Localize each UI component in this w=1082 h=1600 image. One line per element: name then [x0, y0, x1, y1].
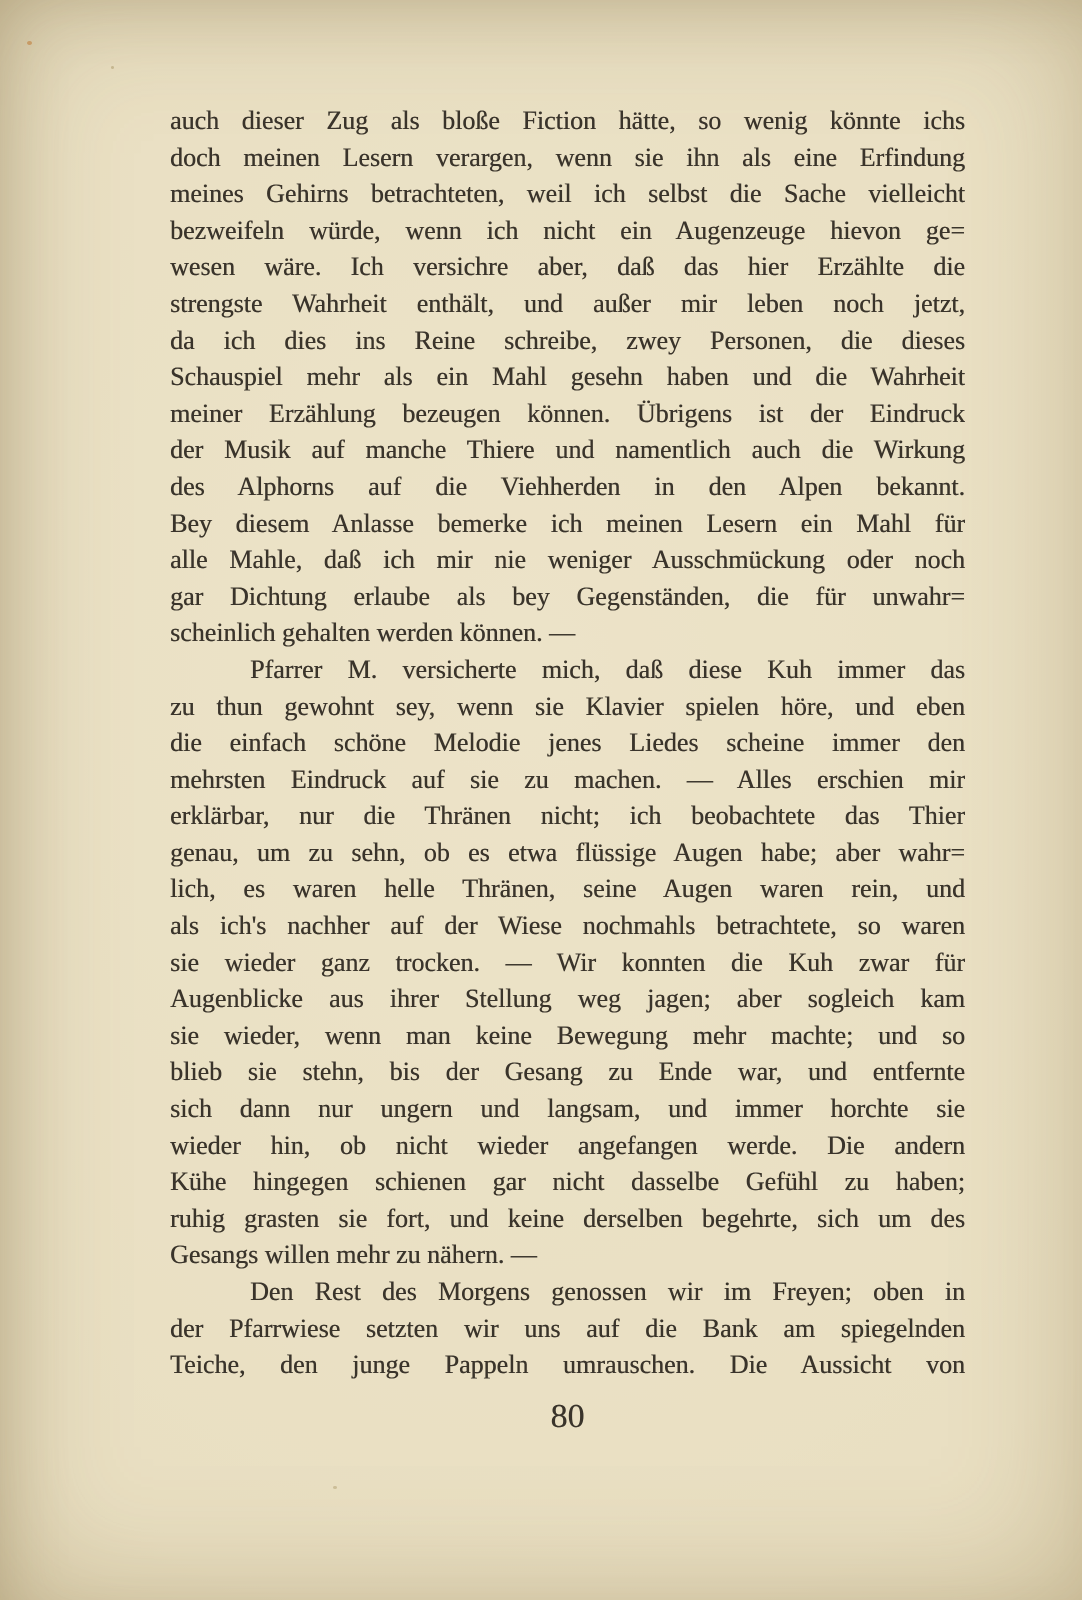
text-line: ruhig grasten sie fort, und keine dersel…: [170, 1201, 965, 1238]
text-line: strengste Wahrheit enthält, und außer mi…: [170, 286, 965, 323]
text-line: als ich's nachher auf der Wiese nochmahl…: [170, 908, 965, 945]
text-line: der Pfarrwiese setzten wir uns auf die B…: [170, 1311, 965, 1348]
text-block: auch dieser Zug als bloße Fiction hätte,…: [170, 103, 965, 1384]
book-page: auch dieser Zug als bloße Fiction hätte,…: [0, 0, 1082, 1600]
text-line: lich, es waren helle Thränen, seine Auge…: [170, 871, 965, 908]
text-line: der Musik auf manche Thiere und namentli…: [170, 432, 965, 469]
text-line: alle Mahle, daß ich mir nie weniger Auss…: [170, 542, 965, 579]
paper-speck: [111, 66, 114, 69]
text-line: doch meinen Lesern verargen, wenn sie ih…: [170, 140, 965, 177]
text-line: bezweifeln würde, wenn ich nicht ein Aug…: [170, 213, 965, 250]
text-line: sie wieder, wenn man keine Bewegung mehr…: [170, 1018, 965, 1055]
text-line: erklärbar, nur die Thränen nicht; ich be…: [170, 798, 965, 835]
text-line: mehrsten Eindruck auf sie zu machen. — A…: [170, 762, 965, 799]
text-line: gar Dichtung erlaube als bey Gegenstände…: [170, 579, 965, 616]
text-line: da ich dies ins Reine schreibe, zwey Per…: [170, 323, 965, 360]
text-line: sie wieder ganz trocken. — Wir konnten d…: [170, 945, 965, 982]
text-line: meines Gehirns betrachteten, weil ich se…: [170, 176, 965, 213]
text-line: genau, um zu sehn, ob es etwa flüssige A…: [170, 835, 965, 872]
paper-speck: [27, 41, 32, 45]
text-line: Bey diesem Anlasse bemerke ich meinen Le…: [170, 506, 965, 543]
text-line: Gesangs willen mehr zu nähern. —: [170, 1237, 965, 1274]
text-line-paragraph-start: Den Rest des Morgens genossen wir im Fre…: [170, 1274, 965, 1311]
text-line: Kühe hingegen schienen gar nicht dasselb…: [170, 1164, 965, 1201]
paper-speck: [333, 1486, 337, 1489]
text-line: wesen wäre. Ich versichre aber, daß das …: [170, 249, 965, 286]
text-line: Augenblicke aus ihrer Stellung weg jagen…: [170, 981, 965, 1018]
page-number: 80: [170, 1398, 965, 1436]
text-line: meiner Erzählung bezeugen können. Übrige…: [170, 396, 965, 433]
text-line: zu thun gewohnt sey, wenn sie Klavier sp…: [170, 689, 965, 726]
text-line: die einfach schöne Melodie jenes Liedes …: [170, 725, 965, 762]
text-line: sich dann nur ungern und langsam, und im…: [170, 1091, 965, 1128]
text-line: wieder hin, ob nicht wieder angefangen w…: [170, 1128, 965, 1165]
text-line: blieb sie stehn, bis der Gesang zu Ende …: [170, 1054, 965, 1091]
text-line: auch dieser Zug als bloße Fiction hätte,…: [170, 103, 965, 140]
text-line: Teiche, den junge Pappeln umrauschen. Di…: [170, 1347, 965, 1384]
text-line: scheinlich gehalten werden können. —: [170, 615, 965, 652]
text-line: des Alphorns auf die Viehherden in den A…: [170, 469, 965, 506]
text-line: Schauspiel mehr als ein Mahl gesehn habe…: [170, 359, 965, 396]
text-line-paragraph-start: Pfarrer M. versicherte mich, daß diese K…: [170, 652, 965, 689]
